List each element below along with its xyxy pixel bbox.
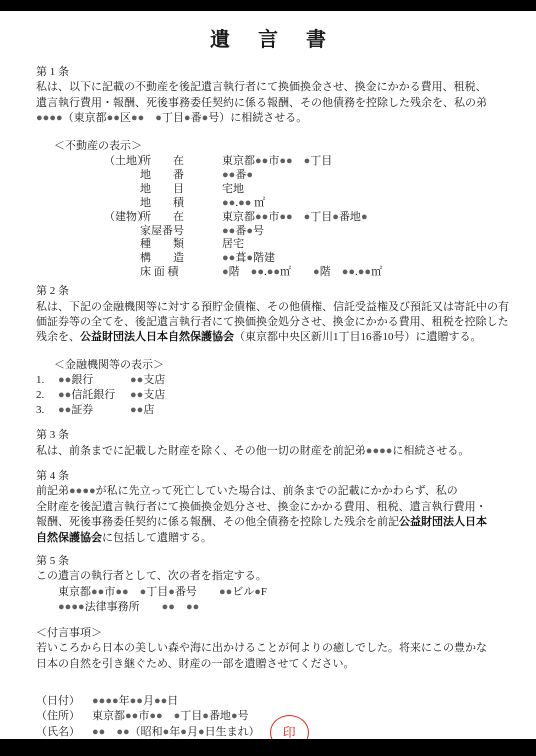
property-field-value: ●●番● xyxy=(222,169,504,183)
property-field-label: 地 番 xyxy=(140,169,222,183)
financial-section: ＜金融機関等の表示＞ 1. ●●銀行 ●●支店 2. ●●信託銀行 ●●支店 3… xyxy=(36,358,504,418)
property-row: 家屋番号 ●●番●号 xyxy=(36,225,504,239)
signature-block: （日付） ●●●●年●●月●●日 （住所） 東京都●●市●● ●丁目●番地●号 … xyxy=(36,694,504,739)
property-field-label: 家屋番号 xyxy=(140,225,222,239)
property-section-heading: ＜不動産の表示＞ xyxy=(54,139,504,154)
property-field-label: 種 類 xyxy=(140,238,222,252)
article-1-line-2: 遺言執行費用・報酬、死後事務委任契約に係る報酬、その他債務を控除した残余を、私の… xyxy=(36,96,504,111)
name-label: （氏名） xyxy=(36,725,92,739)
property-group-label xyxy=(104,197,140,211)
article-1-line-1: 私は、以下に記載の不動産を後記遺言執行者にて換価換金させ、換金にかかる費用、租税… xyxy=(36,80,504,95)
property-field-value: 東京都●●市●● ●丁目 xyxy=(222,155,504,169)
property-field-value: ●●.●● ㎡ xyxy=(222,197,504,211)
property-field-value: 宅地 xyxy=(222,183,504,197)
bank-row-number: 2. xyxy=(36,388,58,403)
property-group-label xyxy=(104,183,140,197)
date-row: （日付） ●●●●年●●月●●日 xyxy=(36,694,504,709)
date-value: ●●●●年●●月●●日 xyxy=(92,694,178,709)
beneficiary-org-name-part2: 自然保護協会 xyxy=(36,532,102,544)
executor-address: 東京都●●市●● ●丁目●番号 ●●ビル●F xyxy=(58,585,504,600)
article-1-line-3: ●●●●（東京都●●区●● ●丁目●番●号）に相続させる。 xyxy=(36,111,504,126)
bank-name: ●●信託銀行 xyxy=(58,388,130,403)
property-row: 地 目 宅地 xyxy=(36,183,504,197)
beneficiary-org-name: 公益財団法人日本自然保護協会 xyxy=(80,331,234,343)
article-5-heading: 第 5 条 xyxy=(36,554,504,569)
property-row: 地 番 ●●番● xyxy=(36,169,504,183)
article-2-line-1: 私は、下記の金融機関等に対する預貯金債権、その他債権、信託受益権及び預託又は寄託… xyxy=(36,300,504,315)
property-row: 種 類 居宅 xyxy=(36,238,504,252)
property-row: （土地） 所 在 東京都●●市●● ●丁目 xyxy=(36,155,504,169)
bank-branch: ●●支店 xyxy=(130,388,504,403)
article-5-line-1: この遺言の執行者として、次の者を指定する。 xyxy=(36,569,504,584)
bank-name: ●●銀行 xyxy=(58,373,130,388)
name-value: ●● ●●（昭和●年●月●日生まれ） xyxy=(92,725,260,739)
property-group-label xyxy=(104,169,140,183)
property-field-label: 構 造 xyxy=(140,252,222,266)
financial-row: 1. ●●銀行 ●●支店 xyxy=(36,373,504,388)
name-row: （氏名） ●● ●●（昭和●年●月●日生まれ） 印 xyxy=(36,725,504,739)
property-field-value: 居宅 xyxy=(222,238,504,252)
codicil-line-1: 若いころから日本の美しい森や海に出かけることが何よりの癒しでした。将来にこの豊か… xyxy=(36,641,504,656)
property-group-label: （土地） xyxy=(104,155,140,169)
property-field-label: 地 積 xyxy=(140,197,222,211)
property-row: 床 面 積 ●階 ●●.●●㎡ ●階 ●●.●●㎡ xyxy=(36,266,504,280)
article-2-line-3: 残余を、公益財団法人日本自然保護協会（東京都中央区新川1丁目16番10号）に遺贈… xyxy=(36,330,504,345)
property-field-value: ●●葺●階建 xyxy=(222,252,504,266)
article-4-line-3: 報酬、死後事務委任契約に係る報酬、その他全債務を控除した残余を前記公益財団法人日… xyxy=(36,515,504,530)
property-row: 地 積 ●●.●● ㎡ xyxy=(36,197,504,211)
property-rows: （土地） 所 在 東京都●●市●● ●丁目 地 番 ●●番● 地 目 宅地 地 … xyxy=(36,155,504,280)
address-value: 東京都●●市●● ●丁目●番地●号 xyxy=(92,709,249,724)
article-4-heading: 第 4 条 xyxy=(36,469,504,484)
property-group-label xyxy=(104,266,140,280)
article-3-heading: 第 3 条 xyxy=(36,428,504,443)
bank-row-number: 1. xyxy=(36,373,58,388)
article-3-line-1: 私は、前条までに記載した財産を除く、その他一切の財産を前記弟●●●●に相続させる… xyxy=(36,444,504,459)
financial-section-heading: ＜金融機関等の表示＞ xyxy=(54,358,504,373)
article-4-line-4-text: に包括して遺贈する。 xyxy=(102,532,212,544)
executor-office: ●●●●法律事務所 ●● ●● xyxy=(58,600,504,615)
article-4-line-1: 前記弟●●●●が私に先立って死亡していた場合は、前条までの記載にかかわらず、私の xyxy=(36,484,504,499)
article-2-line-2: 価証券等の全てを、後記遺言執行者にて換価換金処分させ、換金にかかる費用、租税を控… xyxy=(36,315,504,330)
property-field-value: ●階 ●●.●●㎡ ●階 ●●.●●㎡ xyxy=(222,266,504,280)
financial-row: 3. ●●証券 ●●店 xyxy=(36,403,504,418)
codicil-heading: ＜付言事項＞ xyxy=(36,626,504,641)
will-document: 遺 言 書 第 1 条 私は、以下に記載の不動産を後記遺言執行者にて換価換金させ… xyxy=(0,11,536,739)
bank-branch: ●●店 xyxy=(130,403,504,418)
will-title: 遺 言 書 xyxy=(36,27,504,53)
property-row: （建物） 所 在 東京都●●市●● ●丁目●番地● xyxy=(36,211,504,225)
bank-row-number: 3. xyxy=(36,403,58,418)
property-group-label xyxy=(104,252,140,266)
property-field-label: 床 面 積 xyxy=(140,266,222,280)
article-4-line-3-text: 報酬、死後事務委任契約に係る報酬、その他全債務を控除した残余を前記 xyxy=(36,516,399,528)
letterbox-top xyxy=(0,0,536,11)
letterbox-bottom xyxy=(0,739,536,756)
address-row: （住所） 東京都●●市●● ●丁目●番地●号 xyxy=(36,709,504,724)
article-2-line-3-text: 残余を、 xyxy=(36,331,80,343)
financial-row: 2. ●●信託銀行 ●●支店 xyxy=(36,388,504,403)
address-label: （住所） xyxy=(36,709,92,724)
date-label: （日付） xyxy=(36,694,92,709)
beneficiary-org-address: （東京都中央区新川1丁目16番10号）に遺贈する。 xyxy=(234,331,482,343)
beneficiary-org-name-part1: 公益財団法人日本 xyxy=(399,516,487,528)
property-field-value: 東京都●●市●● ●丁目●番地● xyxy=(222,211,504,225)
property-field-label: 所 在 xyxy=(140,155,222,169)
article-2-heading: 第 2 条 xyxy=(36,284,504,299)
codicil-line-2: 日本の自然を引き継ぐため、財産の一部を遺贈させてください。 xyxy=(36,657,504,672)
article-4-line-4: 自然保護協会に包括して遺贈する。 xyxy=(36,531,504,546)
property-field-label: 地 目 xyxy=(140,183,222,197)
article-1-heading: 第 1 条 xyxy=(36,65,504,80)
bank-name: ●●証券 xyxy=(58,403,130,418)
property-section: ＜不動産の表示＞ （土地） 所 在 東京都●●市●● ●丁目 地 番 ●●番● … xyxy=(36,139,504,281)
property-field-value: ●●番●号 xyxy=(222,225,504,239)
property-group-label: （建物） xyxy=(104,211,140,225)
property-row: 構 造 ●●葺●階建 xyxy=(36,252,504,266)
bank-branch: ●●支店 xyxy=(130,373,504,388)
article-4-line-2: 全財産を後記遺言執行者にて換価換金処分させ、換金にかかる費用、租税、遺言執行費用… xyxy=(36,500,504,515)
seal-character: 印 xyxy=(283,726,296,739)
property-field-label: 所 在 xyxy=(140,211,222,225)
property-group-label xyxy=(104,238,140,252)
property-group-label xyxy=(104,225,140,239)
